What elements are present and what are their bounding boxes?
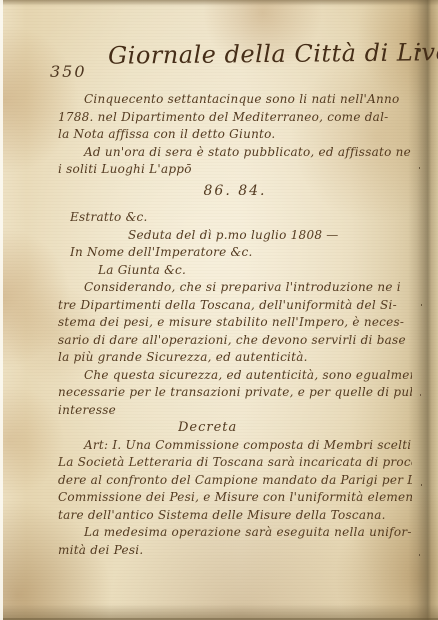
page-edge-left bbox=[0, 0, 3, 620]
decree-heading: Decreta bbox=[178, 419, 412, 437]
manuscript-line: dere al confronto del Campione mandato d… bbox=[58, 472, 412, 490]
manuscript-line: la più grande Sicurezza, ed autenticità. bbox=[58, 349, 412, 367]
manuscript-line: necessarie per le transazioni private, e… bbox=[58, 384, 412, 402]
manuscript-line: tare dell'antico Sistema delle Misure de… bbox=[58, 507, 412, 525]
manuscript-line: i soliti Luoghi L'appō bbox=[58, 161, 412, 179]
folio-number: 350 bbox=[50, 62, 87, 81]
page-edge-top bbox=[0, 0, 438, 6]
manuscript-line: tre Dipartimenti della Toscana, dell'uni… bbox=[58, 297, 412, 315]
manuscript-line: Che questa sicurezza, ed autenticità, so… bbox=[58, 367, 412, 385]
book-binding-edge bbox=[408, 0, 438, 620]
manuscript-text: Cinquecento settantacinque sono li nati … bbox=[58, 91, 412, 559]
manuscript-line: La Giunta &c. bbox=[98, 262, 412, 280]
manuscript-line: Cinquecento settantacinque sono li nati … bbox=[58, 91, 412, 109]
register-numbers: 86. 84. bbox=[58, 183, 412, 201]
manuscript-line: Ad un'ora di sera è stato pubblicato, ed… bbox=[58, 144, 412, 162]
manuscript-line: la Nota affissa con il detto Giunto. bbox=[58, 126, 412, 144]
manuscript-line: sario di dare all'operazioni, che devono… bbox=[58, 332, 412, 350]
manuscript-line: 1788. nel Dipartimento del Mediterraneo,… bbox=[58, 109, 412, 127]
manuscript-line: stema dei pesi, e misure stabilito nell'… bbox=[58, 314, 412, 332]
manuscript-page: 350 Giornale della Città di Livorno Cinq… bbox=[0, 0, 438, 620]
section-label: Estratto &c. bbox=[70, 209, 412, 227]
manuscript-line: Commissione dei Pesi, e Misure con l'uni… bbox=[58, 489, 412, 507]
manuscript-line: Considerando, che si prepariva l'introdu… bbox=[58, 279, 412, 297]
manuscript-line: mità dei Pesi. bbox=[58, 542, 412, 560]
article-line: Art: I. Una Commissione composta di Memb… bbox=[58, 437, 412, 455]
page-title: Giornale della Città di Livorno bbox=[108, 38, 428, 69]
manuscript-line: In Nome dell'Imperatore &c. bbox=[70, 244, 412, 262]
manuscript-line: La medesima operazione sarà eseguita nel… bbox=[58, 524, 412, 542]
page-edge-bottom bbox=[0, 604, 438, 620]
manuscript-line: La Società Letteraria di Toscana sarà in… bbox=[58, 454, 412, 472]
manuscript-line: interesse bbox=[58, 402, 412, 420]
session-date-line: Seduta del dì p.mo luglio 1808 — bbox=[128, 227, 412, 245]
